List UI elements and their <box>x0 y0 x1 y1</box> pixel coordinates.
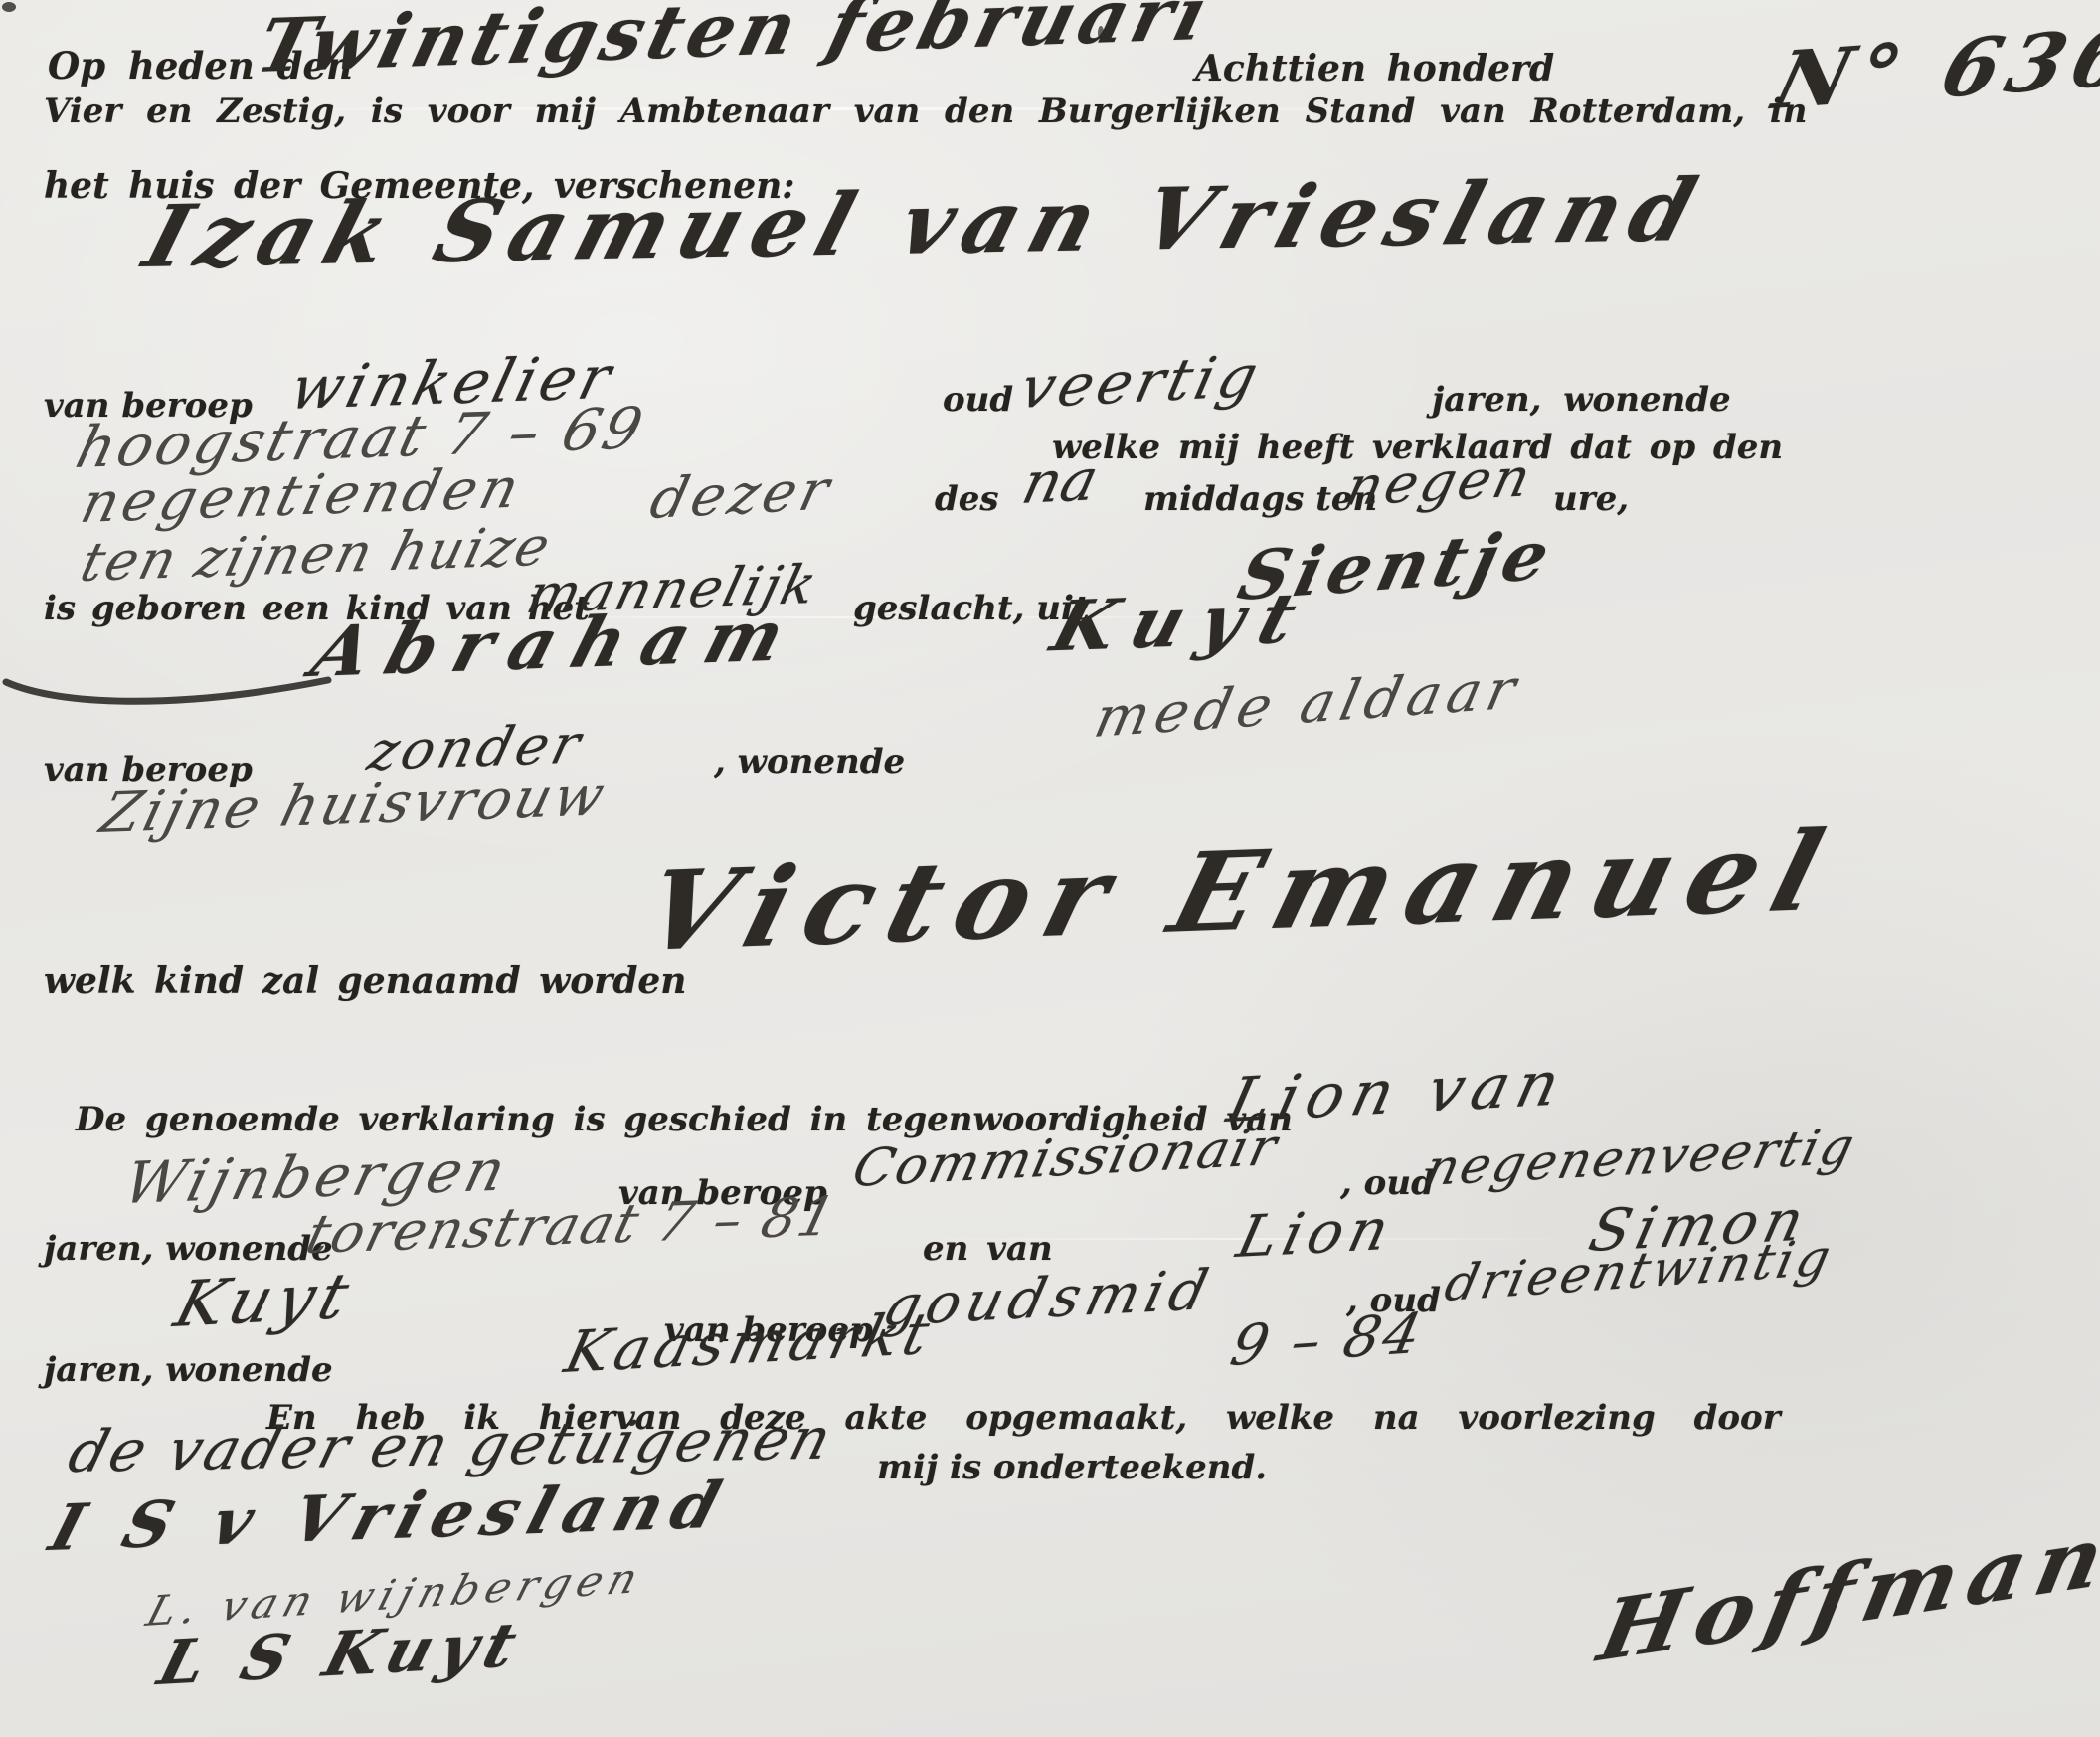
printed-wonende-2: , wonende <box>714 742 905 782</box>
printed-des: des <box>935 479 999 519</box>
hw-witness2-surname: Kuyt <box>167 1260 362 1342</box>
paper-speck <box>2 2 16 12</box>
signature-registrar: Hoffman <box>1591 1505 2100 1681</box>
hw-daypart: na <box>1016 445 1105 517</box>
printed-achttien-honderd: Achttien honderd <box>1195 48 1554 89</box>
hw-act-number: N° 636 <box>1765 9 2100 127</box>
hw-birth-day-dezer: dezer <box>644 458 839 532</box>
hw-witness1-age: negenenveertig <box>1420 1118 1861 1197</box>
hw-record-date: Twintigsten februari <box>249 0 1221 89</box>
printed-ure: ure, <box>1553 479 1629 519</box>
pen-flourish <box>0 654 338 714</box>
birth-certificate-scan: Op heden den Twintigsten februari Achtti… <box>0 0 2100 1737</box>
hw-witness2-address-number: 9 – 84 <box>1225 1302 1430 1379</box>
printed-slot2: mij is onderteekend. <box>877 1448 1267 1487</box>
hw-birth-hour: negen <box>1340 446 1539 518</box>
printed-oud-1: oud <box>943 380 1013 420</box>
printed-jaren-wonende-4: jaren, wonende <box>44 1350 333 1390</box>
hw-witness2-firstname: Lion <box>1231 1195 1401 1271</box>
hw-declarant-age: veertig <box>1014 342 1268 422</box>
hw-mother-address: mede aldaar <box>1089 657 1527 751</box>
printed-en-van: en van <box>923 1229 1053 1269</box>
hw-child-name: Victor Emanuel <box>631 806 1851 975</box>
hw-witness2-address-street: Kaasmarkt <box>559 1300 941 1386</box>
printed-jaren-wonende-1: jaren, wonende <box>1432 380 1731 420</box>
printed-line2: Vier en Zestig, is voor mij Ambtenaar va… <box>44 91 1808 131</box>
printed-genaamd: welk kind zal genaamd worden <box>44 960 686 1002</box>
